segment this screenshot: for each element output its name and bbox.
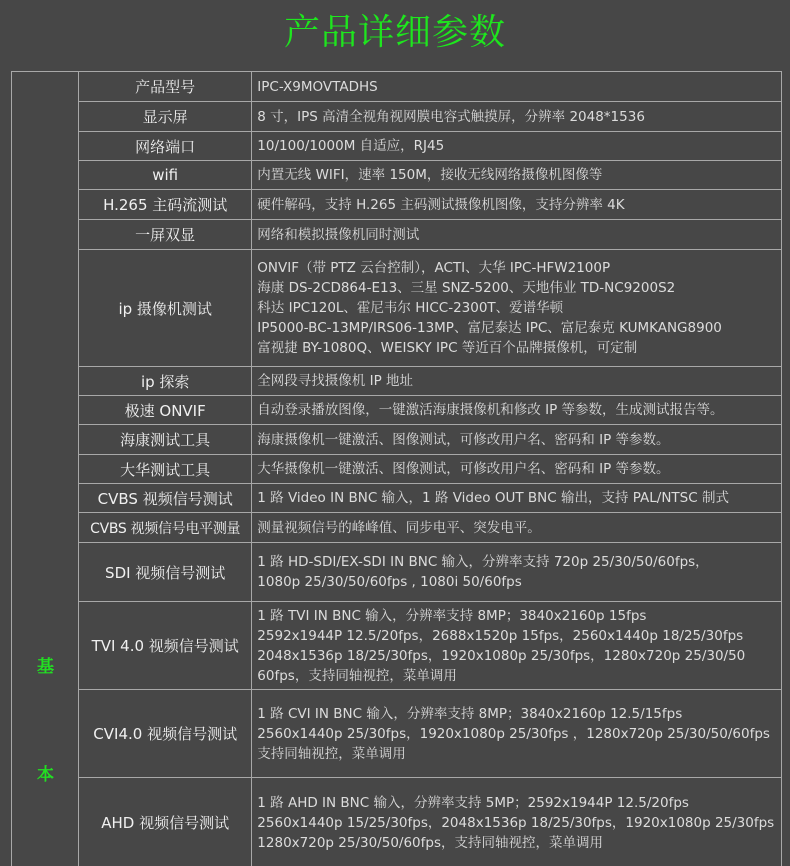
spec-value-line: 60fps，支持同轴视控，菜单调用 (257, 666, 781, 686)
table-row: CVBS 视频信号测试 1 路 Video IN BNC 输入，1 路 Vide… (12, 484, 782, 513)
spec-value: 8 寸，IPS 高清全视角视网膜电容式触摸屏，分辨率 2048*1536 (252, 102, 782, 132)
table-row: 海康测试工具 海康摄像机一键激活、图像测试，可修改用户名、密码和 IP 等参数。 (12, 425, 782, 455)
spec-value: 内置无线 WIFI，速率 150M，接收无线网络摄像机图像等 (252, 161, 782, 190)
spec-name: TVI 4.0 视频信号测试 (79, 602, 252, 690)
group-label-cell: 基 本 (12, 72, 79, 866)
spec-value-line: 自动登录播放图像，一键激活海康摄像机和修改 IP 等参数，生成测试报告等。 (257, 400, 781, 420)
table-row: wifi 内置无线 WIFI，速率 150M，接收无线网络摄像机图像等 (12, 161, 782, 190)
spec-value-line: 8 寸，IPS 高清全视角视网膜电容式触摸屏，分辨率 2048*1536 (257, 107, 781, 127)
spec-name: 一屏双显 (79, 220, 252, 250)
group-label-char: 基 (12, 652, 79, 677)
table-row: 大华测试工具 大华摄像机一键激活、图像测试，可修改用户名、密码和 IP 等参数。 (12, 455, 782, 484)
spec-value: 1 路 TVI IN BNC 输入，分辨率支持 8MP；3840x2160p 1… (252, 602, 782, 690)
spec-name: 显示屏 (79, 102, 252, 132)
spec-value-line: 2560x1440p 25/30fps，1920x1080p 25/30fps … (257, 724, 781, 744)
spec-value-line: 大华摄像机一键激活、图像测试，可修改用户名、密码和 IP 等参数。 (257, 459, 781, 479)
table-row: SDI 视频信号测试 1 路 HD-SDI/EX-SDI IN BNC 输入，分… (12, 543, 782, 602)
spec-name: 产品型号 (79, 72, 252, 102)
spec-name: wifi (79, 161, 252, 190)
spec-value: 测量视频信号的峰峰值、同步电平、突发电平。 (252, 513, 782, 543)
spec-value-line: ONVIF（带 PTZ 云台控制），ACTI、大华 IPC-HFW2100P (257, 258, 781, 278)
spec-value-line: IPC-X9MOVTADHS (257, 77, 781, 97)
spec-value-line: 1 路 CVI IN BNC 输入，分辨率支持 8MP；3840x2160p 1… (257, 704, 781, 724)
spec-name: ip 探索 (79, 367, 252, 396)
spec-value: IPC-X9MOVTADHS (252, 72, 782, 102)
table-row: 显示屏 8 寸，IPS 高清全视角视网膜电容式触摸屏，分辨率 2048*1536 (12, 102, 782, 132)
spec-value-line: 2560x1440p 15/25/30fps，2048x1536p 18/25/… (257, 813, 781, 833)
spec-name: CVI4.0 视频信号测试 (79, 690, 252, 778)
spec-value-line: 全网段寻找摄像机 IP 地址 (257, 371, 781, 391)
spec-value: 网络和模拟摄像机同时测试 (252, 220, 782, 250)
spec-value-line: 1 路 AHD IN BNC 输入，分辨率支持 5MP；2592x1944P 1… (257, 793, 781, 813)
spec-value-line: 2048x1536p 18/25/30fps，1920x1080p 25/30f… (257, 646, 781, 666)
table-row: TVI 4.0 视频信号测试 1 路 TVI IN BNC 输入，分辨率支持 8… (12, 602, 782, 690)
table-row: CVI4.0 视频信号测试 1 路 CVI IN BNC 输入，分辨率支持 8M… (12, 690, 782, 778)
page-title: 产品详细参数 (0, 10, 790, 56)
spec-value-line: IP5000-BC-13MP/IRS06-13MP、富尼泰达 IPC、富尼泰克 … (257, 318, 781, 338)
spec-value-line: 2592x1944P 12.5/20fps，2688x1520p 15fps，2… (257, 626, 781, 646)
spec-value-line: 1080p 25/30/50/60fps , 1080i 50/60fps (257, 572, 781, 592)
spec-value-line: 1 路 HD-SDI/EX-SDI IN BNC 输入，分辨率支持 720p 2… (257, 552, 781, 572)
spec-value: ONVIF（带 PTZ 云台控制），ACTI、大华 IPC-HFW2100P 海… (252, 250, 782, 367)
spec-name: 极速 ONVIF (79, 396, 252, 425)
spec-value-line: 1 路 Video IN BNC 输入，1 路 Video OUT BNC 输出… (257, 488, 781, 508)
group-label-char: 本 (12, 760, 79, 785)
spec-value: 大华摄像机一键激活、图像测试，可修改用户名、密码和 IP 等参数。 (252, 455, 782, 484)
spec-table: 基 本 产品型号 IPC-X9MOVTADHS 显示屏 8 寸，IPS 高清全视… (11, 71, 782, 866)
spec-value-line: 内置无线 WIFI，速率 150M，接收无线网络摄像机图像等 (257, 165, 781, 185)
table-row: 基 本 产品型号 IPC-X9MOVTADHS (12, 72, 782, 102)
spec-value-line: 海康摄像机一键激活、图像测试，可修改用户名、密码和 IP 等参数。 (257, 430, 781, 450)
spec-value: 1 路 AHD IN BNC 输入，分辨率支持 5MP；2592x1944P 1… (252, 778, 782, 866)
spec-value-line: 支持同轴视控，菜单调用 (257, 744, 781, 764)
table-row: ip 探索 全网段寻找摄像机 IP 地址 (12, 367, 782, 396)
spec-name: H.265 主码流测试 (79, 190, 252, 220)
spec-value-line: 1 路 TVI IN BNC 输入，分辨率支持 8MP；3840x2160p 1… (257, 606, 781, 626)
spec-value-line: 测量视频信号的峰峰值、同步电平、突发电平。 (257, 518, 781, 538)
spec-value: 10/100/1000M 自适应，RJ45 (252, 132, 782, 161)
spec-value: 1 路 CVI IN BNC 输入，分辨率支持 8MP；3840x2160p 1… (252, 690, 782, 778)
spec-value-line: 1280x720p 25/30/50/60fps，支持同轴视控，菜单调用 (257, 833, 781, 853)
table-row: ip 摄像机测试 ONVIF（带 PTZ 云台控制），ACTI、大华 IPC-H… (12, 250, 782, 367)
spec-name: 大华测试工具 (79, 455, 252, 484)
spec-value: 海康摄像机一键激活、图像测试，可修改用户名、密码和 IP 等参数。 (252, 425, 782, 455)
spec-value-line: 网络和模拟摄像机同时测试 (257, 225, 781, 245)
table-row: 一屏双显 网络和模拟摄像机同时测试 (12, 220, 782, 250)
spec-value: 自动登录播放图像，一键激活海康摄像机和修改 IP 等参数，生成测试报告等。 (252, 396, 782, 425)
table-row: CVBS 视频信号电平测量 测量视频信号的峰峰值、同步电平、突发电平。 (12, 513, 782, 543)
spec-value: 1 路 HD-SDI/EX-SDI IN BNC 输入，分辨率支持 720p 2… (252, 543, 782, 602)
spec-value-line: 硬件解码，支持 H.265 主码测试摄像机图像，支持分辨率 4K (257, 195, 781, 215)
table-row: H.265 主码流测试 硬件解码，支持 H.265 主码测试摄像机图像，支持分辨… (12, 190, 782, 220)
spec-value: 1 路 Video IN BNC 输入，1 路 Video OUT BNC 输出… (252, 484, 782, 513)
spec-value: 硬件解码，支持 H.265 主码测试摄像机图像，支持分辨率 4K (252, 190, 782, 220)
spec-value: 全网段寻找摄像机 IP 地址 (252, 367, 782, 396)
spec-value-line: 海康 DS-2CD864-E13、三星 SNZ-5200、天地伟业 TD-NC9… (257, 278, 781, 298)
spec-value-line: 科达 IPC120L、霍尼韦尔 HICC-2300T、爱谱华顿 (257, 298, 781, 318)
table-row: 极速 ONVIF 自动登录播放图像，一键激活海康摄像机和修改 IP 等参数，生成… (12, 396, 782, 425)
spec-name: ip 摄像机测试 (79, 250, 252, 367)
spec-name: 海康测试工具 (79, 425, 252, 455)
table-row: AHD 视频信号测试 1 路 AHD IN BNC 输入，分辨率支持 5MP；2… (12, 778, 782, 866)
spec-name: SDI 视频信号测试 (79, 543, 252, 602)
spec-value-line: 10/100/1000M 自适应，RJ45 (257, 136, 781, 156)
spec-name: 网络端口 (79, 132, 252, 161)
spec-name: CVBS 视频信号电平测量 (79, 513, 252, 543)
table-row: 网络端口 10/100/1000M 自适应，RJ45 (12, 132, 782, 161)
spec-table-body: 基 本 产品型号 IPC-X9MOVTADHS 显示屏 8 寸，IPS 高清全视… (12, 72, 782, 866)
spec-value-line: 富视捷 BY-1080Q、WEISKY IPC 等近百个品牌摄像机，可定制 (257, 338, 781, 358)
spec-name: AHD 视频信号测试 (79, 778, 252, 866)
spec-name: CVBS 视频信号测试 (79, 484, 252, 513)
